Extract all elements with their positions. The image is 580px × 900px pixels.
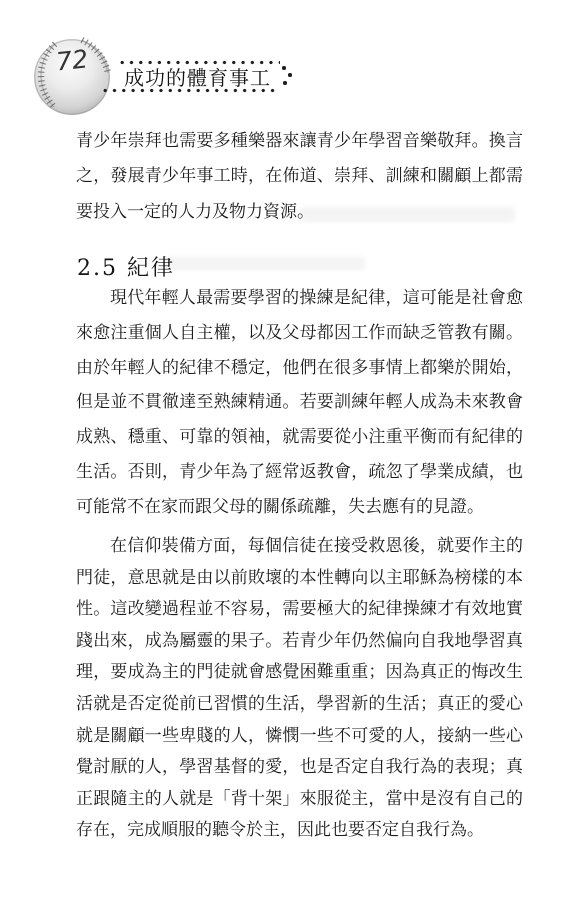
page-number: 72 <box>55 44 90 76</box>
scan-smudge <box>300 207 515 222</box>
book-page: 72 成功的體育事工 青少年崇拜也需要多種樂器來讓青少年學習音樂敬拜。換言之，發… <box>0 0 580 900</box>
dot-decoration <box>283 81 287 85</box>
page-title: 成功的體育事工 <box>124 62 274 91</box>
paragraph-faith-equipment: 在信仰裝備方面，每個信徒在接受救恩後，就要作主的門徒，意思就是由以前敗壞的本性轉… <box>76 531 523 847</box>
scan-smudge <box>165 257 365 270</box>
dot-decoration <box>288 73 292 77</box>
dot-decoration <box>282 66 286 70</box>
dotted-line-bottom <box>103 88 280 93</box>
paragraph-discipline-training: 現代年輕人最需要學習的操練是紀律，這可能是社會愈來愈注重個人自主權，以及父母都因… <box>76 281 523 525</box>
baseball-icon: 72 <box>33 37 111 117</box>
section-heading-discipline: 2.5 紀律 <box>77 251 175 282</box>
